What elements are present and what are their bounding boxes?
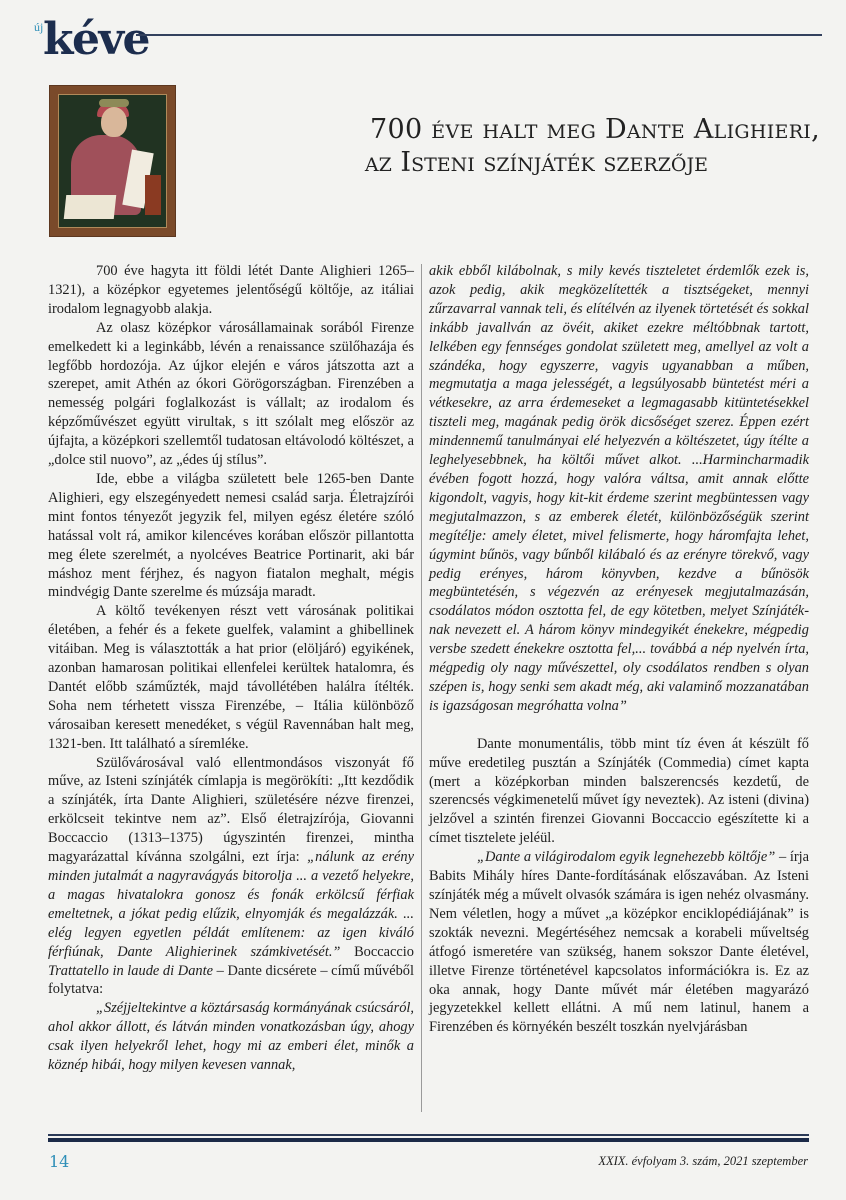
open-book-icon — [64, 195, 117, 219]
quote-paragraph: „Széjjeltekintve a köztársaság kormányán… — [48, 999, 414, 1075]
column-divider — [421, 264, 422, 1112]
portrait-canvas — [58, 94, 167, 228]
paragraph-text: – írja Babits Mihály híres Dante-fordítá… — [429, 849, 809, 1035]
book-spine-icon — [145, 175, 161, 215]
masthead: új kéve — [34, 14, 814, 64]
article-title-line1: 700 éve halt meg Dante Alighieri, — [228, 114, 820, 146]
masthead-prefix: új — [34, 20, 43, 35]
paragraph: 700 éve hagyta itt földi létét Dante Ali… — [48, 262, 414, 319]
paragraph: „Dante a világirodalom egyik legnehezebb… — [429, 848, 809, 1037]
portrait-head — [101, 107, 127, 137]
babits-quote: „Dante a világirodalom egyik legnehezebb… — [477, 849, 775, 865]
article-title: 700 éve halt meg Dante Alighieri, az Ist… — [228, 114, 820, 180]
article-column-left: 700 éve hagyta itt földi létét Dante Ali… — [48, 262, 414, 1075]
work-title: Trattatello in laude di Dante — [48, 963, 213, 979]
paragraph-text: Boccaccio — [340, 944, 414, 960]
article-column-right: akik ebből kilábolnak, s mily kevés tisz… — [429, 262, 809, 1037]
paragraph: A költő tevékenyen részt vett városának … — [48, 602, 414, 753]
paragraph: Dante monumentális, több mint tíz éven á… — [429, 735, 809, 848]
paragraph: Az olasz középkor városállamainak sorábó… — [48, 319, 414, 470]
masthead-logo: kéve — [43, 18, 149, 62]
dante-portrait-image — [50, 86, 175, 236]
paragraph: Szülővárosával való ellentmondásos viszo… — [48, 754, 414, 1000]
page-number: 14 — [49, 1152, 69, 1171]
issue-info: XXIX. évfolyam 3. szám, 2021 szeptember — [598, 1154, 808, 1169]
masthead-rule — [136, 34, 822, 36]
laurel-wreath-icon — [99, 99, 129, 107]
footer-rule-thin — [48, 1134, 809, 1136]
paragraph: Ide, ebbe a világba született bele 1265-… — [48, 470, 414, 602]
paragraph-gap — [429, 716, 809, 735]
article-title-line2: az Isteni színjáték szerzője — [228, 146, 820, 180]
footer-rule-thick — [48, 1138, 809, 1142]
quote-paragraph: akik ebből kilábolnak, s mily kevés tisz… — [429, 262, 809, 716]
